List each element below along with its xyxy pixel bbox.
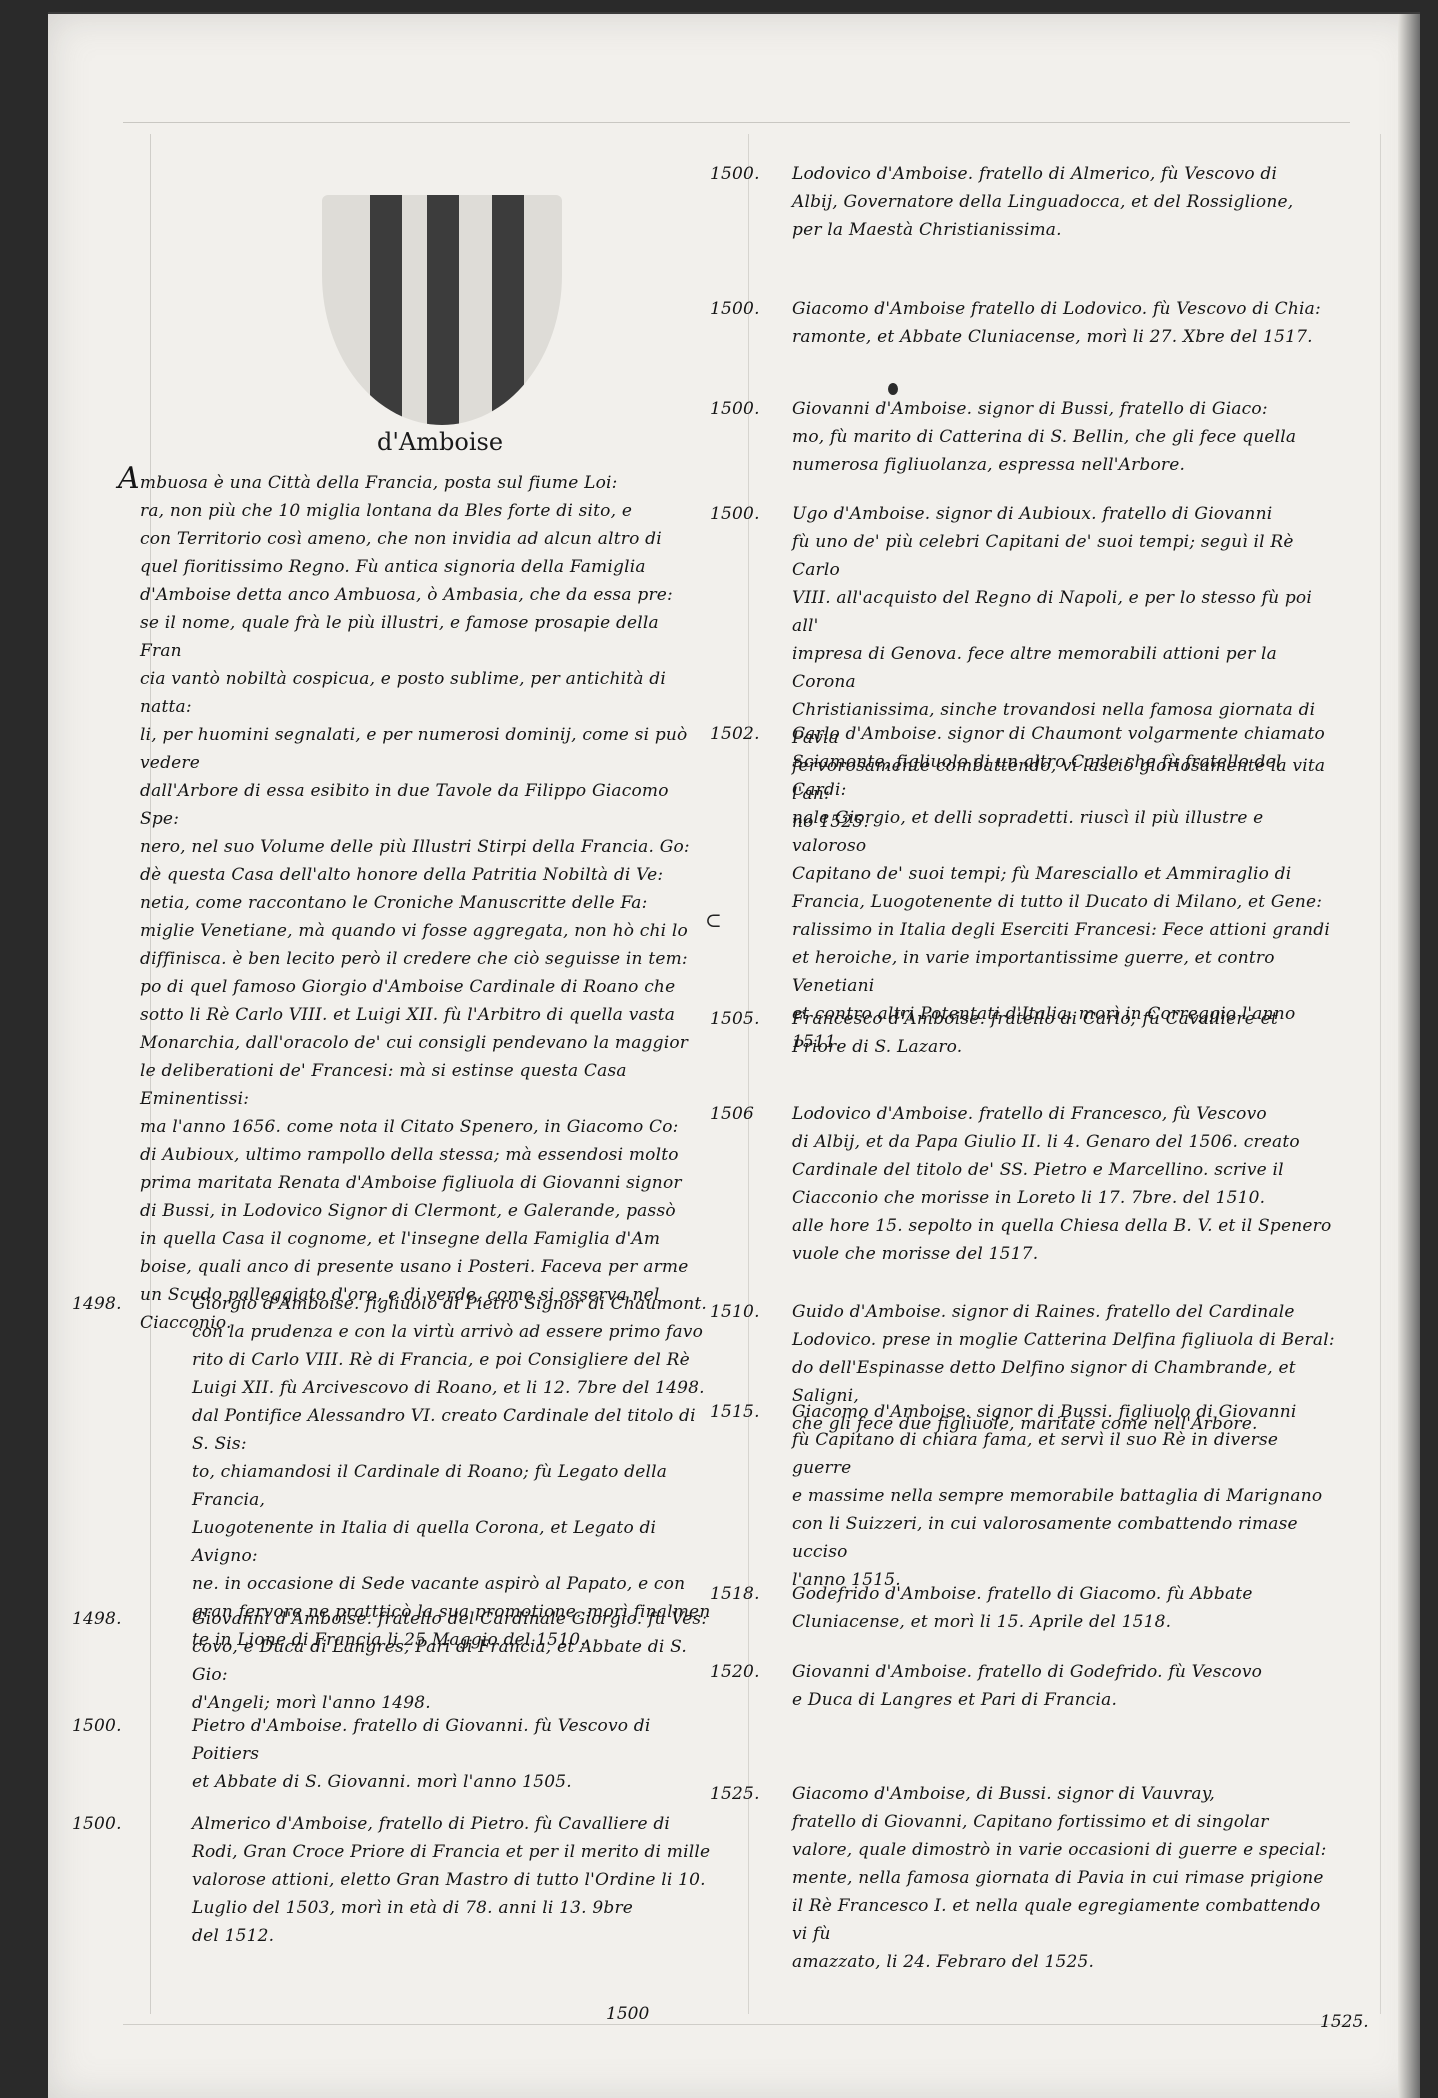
entry-year: 1498. xyxy=(72,1290,122,1318)
ruled-line-top xyxy=(123,122,1350,123)
ink-blot xyxy=(888,383,898,395)
entry-line: dal Pontifice Alessandro VI. creato Card… xyxy=(192,1402,712,1458)
entry-line: Albij, Governatore della Linguadocca, et… xyxy=(792,188,1337,216)
entry-line: fù Capitano di chiara fama, et servì il … xyxy=(792,1426,1337,1482)
entry-text: Giacomo d'Amboise fratello di Lodovico. … xyxy=(792,295,1337,351)
intro-line: miglie Venetiane, mà quando vi fosse agg… xyxy=(118,917,698,945)
entry-text: Giovanni d'Amboise. fratello del Cardina… xyxy=(192,1605,712,1717)
entry-text: Lodovico d'Amboise. fratello di Almerico… xyxy=(792,160,1337,244)
intro-line: se il nome, quale frà le più illustri, e… xyxy=(118,609,698,665)
entry-line: ralissimo in Italia degli Eserciti Franc… xyxy=(792,916,1337,944)
intro-line: dè questa Casa dell'alto honore della Pa… xyxy=(118,861,698,889)
entry-line: Giorgio d'Amboise. figliuolo di Pietro S… xyxy=(192,1290,712,1318)
intro-line: netia, come raccontano le Croniche Manus… xyxy=(118,889,698,917)
intro-line: d'Amboise detta anco Ambuosa, ò Ambasia,… xyxy=(118,581,698,609)
entry-text: Almerico d'Amboise, fratello di Pietro. … xyxy=(192,1810,712,1950)
entry-line: Lodovico d'Amboise. fratello di Francesc… xyxy=(792,1100,1337,1128)
shield-pale xyxy=(492,195,524,425)
entry-year: 1510. xyxy=(710,1298,760,1326)
intro-line: di Aubioux, ultimo rampollo della stessa… xyxy=(118,1141,698,1169)
entry-line: Giacomo d'Amboise. signor di Bussi. figl… xyxy=(792,1398,1337,1426)
entry-line: Ciacconio che morisse in Loreto li 17. 7… xyxy=(792,1184,1337,1212)
entry-text: Godefrido d'Amboise. fratello di Giacomo… xyxy=(792,1580,1337,1636)
entry-line: mo, fù marito di Catterina di S. Bellin,… xyxy=(792,423,1337,451)
entry-line: et Abbate di S. Giovanni. morì l'anno 15… xyxy=(192,1768,712,1796)
entry-line: Carlo d'Amboise. signor di Chaumont volg… xyxy=(792,720,1337,748)
entry-line: Giacomo d'Amboise fratello di Lodovico. … xyxy=(792,295,1337,323)
entry-year: 1498. xyxy=(72,1605,122,1633)
entry-text: Giovanni d'Amboise. fratello di Godefrid… xyxy=(792,1658,1337,1714)
intro-line: in quella Casa il cognome, et l'insegne … xyxy=(118,1225,698,1253)
entry-line: et heroiche, in varie importantissime gu… xyxy=(792,944,1337,1000)
intro-line: con Territorio così ameno, che non invid… xyxy=(118,525,698,553)
entry-line: per la Maestà Christianissima. xyxy=(792,216,1337,244)
page-edge-shadow xyxy=(1398,14,1420,2098)
entry-line: e Duca di Langres et Pari di Francia. xyxy=(792,1686,1337,1714)
intro-line: ra, non più che 10 miglia lontana da Ble… xyxy=(118,497,698,525)
intro-line: di Bussi, in Lodovico Signor di Clermont… xyxy=(118,1197,698,1225)
entry-line: mente, nella famosa giornata di Pavia in… xyxy=(792,1864,1337,1892)
entry-line: VIII. all'acquisto del Regno di Napoli, … xyxy=(792,584,1337,640)
entry-year: 1500. xyxy=(72,1810,122,1838)
shield-pale xyxy=(427,195,459,425)
entry-line: Capitano de' suoi tempi; fù Maresciallo … xyxy=(792,860,1337,888)
entry-line: alle hore 15. sepolto in quella Chiesa d… xyxy=(792,1212,1337,1240)
entry-line: il Rè Francesco I. et nella quale egregi… xyxy=(792,1892,1337,1948)
intro-paragraph: Ambuosa è una Città della Francia, posta… xyxy=(118,465,698,1337)
entry-line: Ugo d'Amboise. signor di Aubioux. fratel… xyxy=(792,500,1337,528)
entry-line: del 1512. xyxy=(192,1922,712,1950)
entry-line: con la prudenza e con la virtù arrivò ad… xyxy=(192,1318,712,1346)
entry-line: Giovanni d'Amboise. fratello di Godefrid… xyxy=(792,1658,1337,1686)
entry-line: fù uno de' più celebri Capitani de' suoi… xyxy=(792,528,1337,584)
entry-line: to, chiamandosi il Cardinale di Roano; f… xyxy=(192,1458,712,1514)
intro-line: Ambuosa è una Città della Francia, posta… xyxy=(118,465,698,497)
entry-line: vuole che morisse del 1517. xyxy=(792,1240,1337,1268)
intro-line: po di quel famoso Giorgio d'Amboise Card… xyxy=(118,973,698,1001)
entry-year: 1502. xyxy=(710,720,760,748)
intro-line: prima maritata Renata d'Amboise figliuol… xyxy=(118,1169,698,1197)
entry-year: 1525. xyxy=(710,1780,760,1808)
intro-line: nero, nel suo Volume delle più Illustri … xyxy=(118,833,698,861)
entry-line: Luigi XII. fù Arcivescovo di Roano, et l… xyxy=(192,1374,712,1402)
entry-line: valorose attioni, eletto Gran Mastro di … xyxy=(192,1866,712,1894)
entry-year: 1500. xyxy=(710,295,760,323)
entry-line: Lodovico. prese in moglie Catterina Delf… xyxy=(792,1326,1337,1354)
entry-line: Priore di S. Lazaro. xyxy=(792,1033,1337,1061)
entry-line: covo, e Duca di Langres, Pari di Francia… xyxy=(192,1633,712,1689)
intro-line: dall'Arbore di essa esibito in due Tavol… xyxy=(118,777,698,833)
entry-line: Cluniacense, et morì li 15. Aprile del 1… xyxy=(792,1608,1337,1636)
intro-line: ma l'anno 1656. come nota il Citato Spen… xyxy=(118,1113,698,1141)
entry-line: Lodovico d'Amboise. fratello di Almerico… xyxy=(792,160,1337,188)
arms-title: d'Amboise xyxy=(330,428,550,456)
intro-line-text: mbuosa è una Città della Francia, posta … xyxy=(140,473,618,493)
intro-line: Monarchia, dall'oracolo de' cui consigli… xyxy=(118,1029,698,1057)
entry-text: Giacomo d'Amboise, di Bussi. signor di V… xyxy=(792,1780,1337,1976)
ruled-margin-right xyxy=(1380,134,1381,2014)
entry-text: Giovanni d'Amboise. signor di Bussi, fra… xyxy=(792,395,1337,479)
entry-year: 1500. xyxy=(710,500,760,528)
entry-line: amazzato, li 24. Febraro del 1525. xyxy=(792,1948,1337,1976)
entry-line: Francesco d'Amboise. fratello di Carlo; … xyxy=(792,1005,1337,1033)
entry-line: Cardinale del titolo de' SS. Pietro e Ma… xyxy=(792,1156,1337,1184)
catchword-left: 1500 xyxy=(606,2004,649,2024)
entry-line: con li Suizzeri, in cui valorosamente co… xyxy=(792,1510,1337,1566)
entry-line: di Albij, et da Papa Giulio II. li 4. Ge… xyxy=(792,1128,1337,1156)
entry-text: Lodovico d'Amboise. fratello di Francesc… xyxy=(792,1100,1337,1268)
entry-line: Francia, Luogotenente di tutto il Ducato… xyxy=(792,888,1337,916)
intro-line: cia vantò nobiltà cospicua, e posto subl… xyxy=(118,665,698,721)
entry-line: fratello di Giovanni, Capitano fortissim… xyxy=(792,1808,1337,1836)
entry-text: Giacomo d'Amboise. signor di Bussi. figl… xyxy=(792,1398,1337,1594)
entry-line: Almerico d'Amboise, fratello di Pietro. … xyxy=(192,1810,712,1838)
ruled-line-bottom xyxy=(123,2024,1350,2025)
entry-line: Luogotenente in Italia di quella Corona,… xyxy=(192,1514,712,1570)
intro-line: sotto li Rè Carlo VIII. et Luigi XII. fù… xyxy=(118,1001,698,1029)
entry-year: 1515. xyxy=(710,1398,760,1426)
entry-text: Pietro d'Amboise. fratello di Giovanni. … xyxy=(192,1712,712,1796)
entry-year: 1506 xyxy=(710,1100,754,1128)
entry-year: 1500. xyxy=(72,1712,122,1740)
entry-line: numerosa figliuolanza, espressa nell'Arb… xyxy=(792,451,1337,479)
entry-line: Sciamonte, figliuolo di un altro Carlo c… xyxy=(792,748,1337,804)
entry-line: Guido d'Amboise. signor di Raines. frate… xyxy=(792,1298,1337,1326)
entry-line: e massime nella sempre memorabile battag… xyxy=(792,1482,1337,1510)
entry-line: Giovanni d'Amboise. fratello del Cardina… xyxy=(192,1605,712,1633)
entry-line: Rodi, Gran Croce Priore di Francia et pe… xyxy=(192,1838,712,1866)
entry-year: 1518. xyxy=(710,1580,760,1608)
intro-line: li, per huomini segnalati, e per numeros… xyxy=(118,721,698,777)
entry-line: Pietro d'Amboise. fratello di Giovanni. … xyxy=(192,1712,712,1768)
entry-line: ramonte, et Abbate Cluniacense, morì li … xyxy=(792,323,1337,351)
intro-line: diffinisca. è ben lecito però il credere… xyxy=(118,945,698,973)
entry-year: 1500. xyxy=(710,160,760,188)
intro-line: boise, quali anco di presente usano i Po… xyxy=(118,1253,698,1281)
entry-line: rito di Carlo VIII. Rè di Francia, e poi… xyxy=(192,1346,712,1374)
entry-line: Godefrido d'Amboise. fratello di Giacomo… xyxy=(792,1580,1337,1608)
entry-line: Giacomo d'Amboise, di Bussi. signor di V… xyxy=(792,1780,1337,1808)
entry-line: impresa di Genova. fece altre memorabili… xyxy=(792,640,1337,696)
entry-year: 1520. xyxy=(710,1658,760,1686)
entry-text: Giorgio d'Amboise. figliuolo di Pietro S… xyxy=(192,1290,712,1654)
entry-year: 1500. xyxy=(710,395,760,423)
catchword-right: 1525. xyxy=(1320,2012,1369,2032)
intro-line: quel fioritissimo Regno. Fù antica signo… xyxy=(118,553,698,581)
entry-text: Francesco d'Amboise. fratello di Carlo; … xyxy=(792,1005,1337,1061)
entry-year: 1505. xyxy=(710,1005,760,1033)
shield-pale xyxy=(370,195,402,425)
intro-line: le deliberationi de' Francesi: mà si est… xyxy=(118,1057,698,1113)
margin-pointer-mark: ⊂ xyxy=(705,908,722,932)
entry-line: nale Giorgio, et delli sopradetti. riusc… xyxy=(792,804,1337,860)
entry-line: ne. in occasione di Sede vacante aspirò … xyxy=(192,1570,712,1598)
entry-line: Giovanni d'Amboise. signor di Bussi, fra… xyxy=(792,395,1337,423)
entry-line: Luglio del 1503, morì in età di 78. anni… xyxy=(192,1894,712,1922)
drop-cap: A xyxy=(118,461,140,496)
entry-line: valore, quale dimostrò in varie occasion… xyxy=(792,1836,1337,1864)
